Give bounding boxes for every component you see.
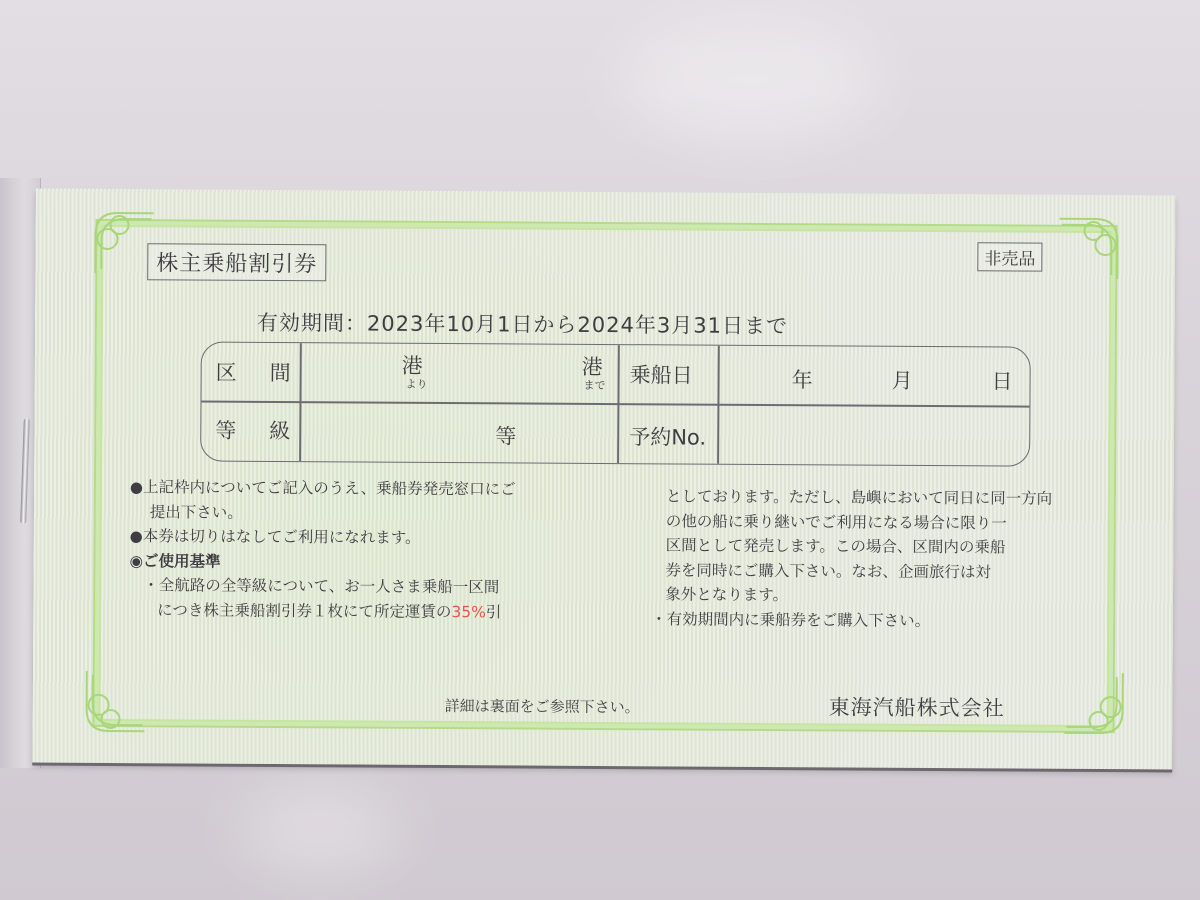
from-suffix: より: [406, 376, 428, 392]
form-divider: [201, 401, 1029, 408]
flourish-corner-icon: [76, 669, 146, 739]
reservation-number-field[interactable]: [725, 408, 1025, 460]
note-item: ●上記枠内についてご記入のうえ、乗船券発売窓口にご: [130, 475, 516, 502]
reservation-number-label: 予約No.: [629, 421, 706, 451]
note-item: 提出下さい。: [130, 500, 516, 527]
usage-line: につき株主乗船割引券１枚にて所定運賃の35%引: [129, 598, 515, 625]
ticket-title: 株主乗船割引券: [147, 243, 326, 281]
note-line: ・有効期間内に乗船券をご購入下さい。: [651, 607, 1051, 634]
boarding-date-year-field[interactable]: 年: [792, 364, 813, 394]
usage-heading: ◉ご使用基準: [129, 549, 515, 576]
light-glare: [240, 790, 400, 870]
boarding-date-day-field[interactable]: 日: [992, 365, 1013, 395]
notes-right: としております。ただし、島嶼において同日に同一方向 の他の船に乗り継いでご利用に…: [665, 484, 1052, 633]
to-suffix: まで: [584, 377, 606, 393]
boarding-date-month-field[interactable]: 月: [892, 365, 913, 395]
note-line: 象外となります。: [665, 582, 1051, 609]
boarding-date-label: 乗船日: [630, 359, 693, 389]
not-for-sale-badge: 非売品: [977, 242, 1042, 271]
notes-left: ●上記枠内についてご記入のうえ、乗船券発売窓口にご 提出下さい。 ●本券は切りは…: [129, 475, 516, 624]
discount-rate: 35%: [451, 603, 486, 621]
validity-period: 有効期間：2023年10月1日から2024年3月31日まで: [257, 307, 788, 340]
note-line: 区間として発売します。この場合、区間内の乗船: [666, 533, 1052, 560]
note-line: 券を同時にご購入下さい。なお、企画旅行は対: [665, 558, 1051, 585]
company-name: 東海汽船株式会社: [829, 691, 1005, 722]
usage-line: ・全航路の全等級について、お一人さま乗船一区間: [129, 573, 515, 600]
flourish-corner-icon: [85, 205, 155, 275]
entry-form: 区 間 港 より 港 まで 乗船日 年 月 日 等 級 等 予約No.: [200, 342, 1031, 467]
flourish-corner-icon: [1057, 211, 1127, 281]
note-line: としております。ただし、島嶼において同日に同一方向: [666, 484, 1052, 511]
class-label: 等 級: [215, 415, 296, 445]
note-item: ●本券は切りはなしてご利用になれます。: [130, 524, 516, 551]
shareholder-boarding-discount-ticket: 株主乗船割引券 非売品 有効期間：2023年10月1日から2024年3月31日ま…: [32, 189, 1175, 770]
light-glare: [620, 20, 880, 140]
footer-note: 詳細は裏面をご参照下さい。: [445, 695, 640, 717]
class-field[interactable]: 等: [495, 420, 516, 450]
section-label: 区 間: [216, 357, 297, 387]
flourish-corner-icon: [1062, 671, 1132, 741]
note-line: の他の船に乗り継いでご利用になる場合に限り一: [666, 509, 1052, 536]
